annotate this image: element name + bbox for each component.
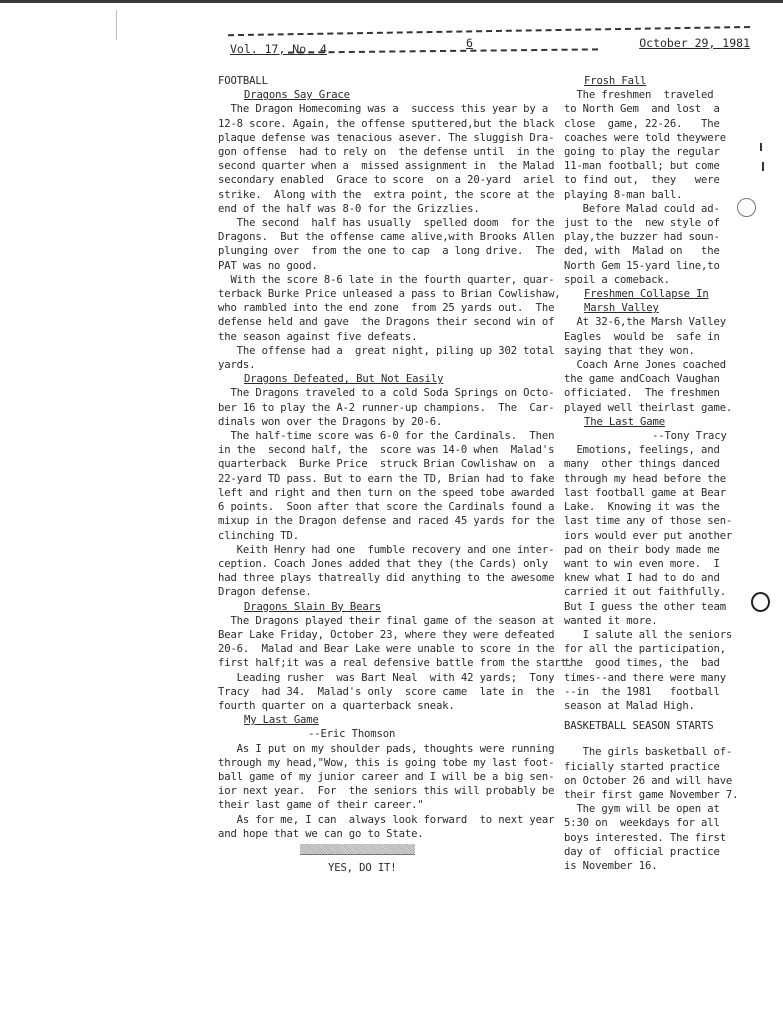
text-line: terback Burke Price unleased a pass to B… [218,287,558,301]
text-line: their last game of their career." [218,798,558,812]
text-line: 6 points. Soon after that score the Card… [218,500,558,514]
header-rule-top [228,26,750,36]
text-line: defense held and gave the Dragons their … [218,315,558,329]
text-line: want to win even more. I [564,557,760,571]
text-line: strike. Along with the extra point, the … [218,188,558,202]
text-line: plaque defense was tenacious asever. The… [218,131,558,145]
text-line: in the second half, the score was 14-0 w… [218,443,558,457]
scan-top-edge [0,0,783,3]
text-line: on October 26 and will have [564,774,760,788]
text-line: mixup in the Dragon defense and raced 45… [218,514,558,528]
text-line: The second half has usually spelled doom… [218,216,558,230]
text-line: saying that they won. [564,344,760,358]
text-line: to North Gem and lost a [564,102,760,116]
text-line: coaches were told theywere [564,131,760,145]
text-line: ball game of my junior career and I will… [218,770,558,784]
text-line: iors would ever put another [564,529,760,543]
page-number: 6 [466,36,473,50]
text-line: going to play the regular [564,145,760,159]
text-line: ficially started practice [564,760,760,774]
text-line: Keith Henry had one fumble recovery and … [218,543,558,557]
text-line: ior next year. For the seniors this will… [218,784,558,798]
text-line: The gym will be open at [564,802,760,816]
text-line: Bear Lake Friday, October 23, where they… [218,628,558,642]
text-line: Eagles would be safe in [564,330,760,344]
text-line: quarterback Burke Price struck Brian Cow… [218,457,558,471]
shaded-banner [300,844,415,855]
text-line: North Gem 15-yard line,to [564,259,760,273]
article-headline: Marsh Valley [564,301,760,315]
text-line: Leading rusher was Bart Neal with 42 yar… [218,671,558,685]
margin-mark [760,143,762,151]
headline-text: The Last Game [584,416,665,428]
text-line: carried it out faithfully. [564,585,760,599]
text-line: plunging over from the one to cap a long… [218,244,558,258]
text-line: ception. Coach Jones added that they (th… [218,557,558,571]
text-line: Coach Arne Jones coached [564,358,760,372]
text-line: Emotions, feelings, and [564,443,760,457]
article-headline: Frosh Fall [564,74,760,88]
volume-number: Vol. 17, No. 4 [230,42,327,56]
text-line: who rambled into the end zone from 25 ya… [218,301,558,315]
text-line: PAT was no good. [218,259,558,273]
text-line: season at Malad High. [564,699,760,713]
headline-text: Marsh Valley [584,302,659,314]
text-line: to find out, they were [564,173,760,187]
text-line: playing 8-man ball. [564,188,760,202]
text-line: through my head before the [564,472,760,486]
text-line: The freshmen traveled [564,88,760,102]
text-line: end of the half was 8-0 for the Grizzlie… [218,202,558,216]
article-byline: --Eric Thomson [218,727,558,741]
text-line: and hope that we can go to State. [218,827,558,841]
text-line: last time any of those sen- [564,514,760,528]
text-line: fourth quarter on a quarterback sneak. [218,699,558,713]
article-headline: The Last Game [564,415,760,429]
text-line: gon offense had to rely on the defense u… [218,145,558,159]
text-line: ber 16 to play the A-2 runner-up champio… [218,401,558,415]
text-line: 5:30 on weekdays for all [564,816,760,830]
text-line: pad on their body made me [564,543,760,557]
text-line: Dragons. But the offense came alive,with… [218,230,558,244]
text-line: 22-yard TD pass. But to earn the TD, Bri… [218,472,558,486]
punch-hole-mark [737,198,756,217]
margin-mark [762,162,764,171]
article-headline: My Last Game [218,713,558,727]
right-column: Frosh Fall The freshmen traveledto North… [564,74,760,873]
text-line: Lake. Knowing it was the [564,500,760,514]
text-line: knew what I had to do and [564,571,760,585]
text-line: officiated. The freshmen [564,386,760,400]
headline-text: My Last Game [244,714,319,726]
text-line: Dragon defense. [218,585,558,599]
headline-text: Dragons Slain By Bears [244,601,381,613]
section-title: FOOTBALL [218,74,558,88]
text-line: played well theirlast game. [564,401,760,415]
text-line: 20-6. Malad and Bear Lake were unable to… [218,642,558,656]
header-rule [288,48,598,53]
text-line: The Dragons traveled to a cold Soda Spri… [218,386,558,400]
text-line: The girls basketball of- [564,745,760,759]
section-title: BASKETBALL SEASON STARTS [564,719,760,733]
text-line: 11-man football; but come [564,159,760,173]
text-line: ded, with Malad on the [564,244,760,258]
text-line: times--and there were many [564,671,760,685]
closing-slogan: YES, DO IT! [218,861,558,875]
text-line: their first game November 7. [564,788,760,802]
text-line: secondary enabled Grace to score on a 20… [218,173,558,187]
text-line: 12-8 score. Again, the offense sputtered… [218,117,558,131]
text-line: clinching TD. [218,529,558,543]
article-headline: Dragons Say Grace [218,88,558,102]
text-line: The Dragon Homecoming was a success this… [218,102,558,116]
text-line: the season against five defeats. [218,330,558,344]
text-line: yards. [218,358,558,372]
text-line: wanted it more. [564,614,760,628]
text-line: The offense had a great night, piling up… [218,344,558,358]
text-line: just to the new style of [564,216,760,230]
text-line: I salute all the seniors [564,628,760,642]
text-line: With the score 8-6 late in the fourth qu… [218,273,558,287]
headline-text: Freshmen Collapse In [584,288,709,300]
headline-text: Dragons Say Grace [244,89,350,101]
text-line: At 32-6,the Marsh Valley [564,315,760,329]
text-line: spoil a comeback. [564,273,760,287]
text-line: left and right and then turn on the spee… [218,486,558,500]
text-line: first half;it was a real defensive battl… [218,656,558,670]
newsletter-header: Vol. 17, No. 4 6 October 29, 1981 [228,36,758,54]
text-line: The Dragons played their final game of t… [218,614,558,628]
text-line: boys interested. The first [564,831,760,845]
headline-text: Dragons Defeated, But Not Easily [244,373,443,385]
text-line: had three plays thatreally did anything … [218,571,558,585]
text-line: last football game at Bear [564,486,760,500]
article-headline: Dragons Slain By Bears [218,600,558,614]
text-line: the game andCoach Vaughan [564,372,760,386]
text-line: the good times, the bad [564,656,760,670]
text-line: through my head,"Wow, this is going tobe… [218,756,558,770]
text-line: many other things danced [564,457,760,471]
scan-left-edge [116,10,117,40]
text-line: As for me, I can always look forward to … [218,813,558,827]
text-line: As I put on my shoulder pads, thoughts w… [218,742,558,756]
article-headline: Freshmen Collapse In [564,287,760,301]
article-byline: --Tony Tracy [564,429,760,443]
headline-text: Frosh Fall [584,75,646,87]
text-line: Before Malad could ad- [564,202,760,216]
text-line: play,the buzzer had soun- [564,230,760,244]
text-line: dinals won over the Dragons by 20-6. [218,415,558,429]
text-line: second quarter when a missed assignment … [218,159,558,173]
punch-hole-mark [751,592,770,612]
left-column: FOOTBALLDragons Say Grace The Dragon Hom… [218,74,558,875]
text-line: The half-time score was 6-0 for the Card… [218,429,558,443]
text-line: close game, 22-26. The [564,117,760,131]
issue-date: October 29, 1981 [639,36,750,50]
text-line: But I guess the other team [564,600,760,614]
text-line: Tracy had 34. Malad's only score came la… [218,685,558,699]
text-line: is November 16. [564,859,760,873]
text-line: day of official practice [564,845,760,859]
article-headline: Dragons Defeated, But Not Easily [218,372,558,386]
text-line: --in the 1981 football [564,685,760,699]
text-line: for all the participation, [564,642,760,656]
